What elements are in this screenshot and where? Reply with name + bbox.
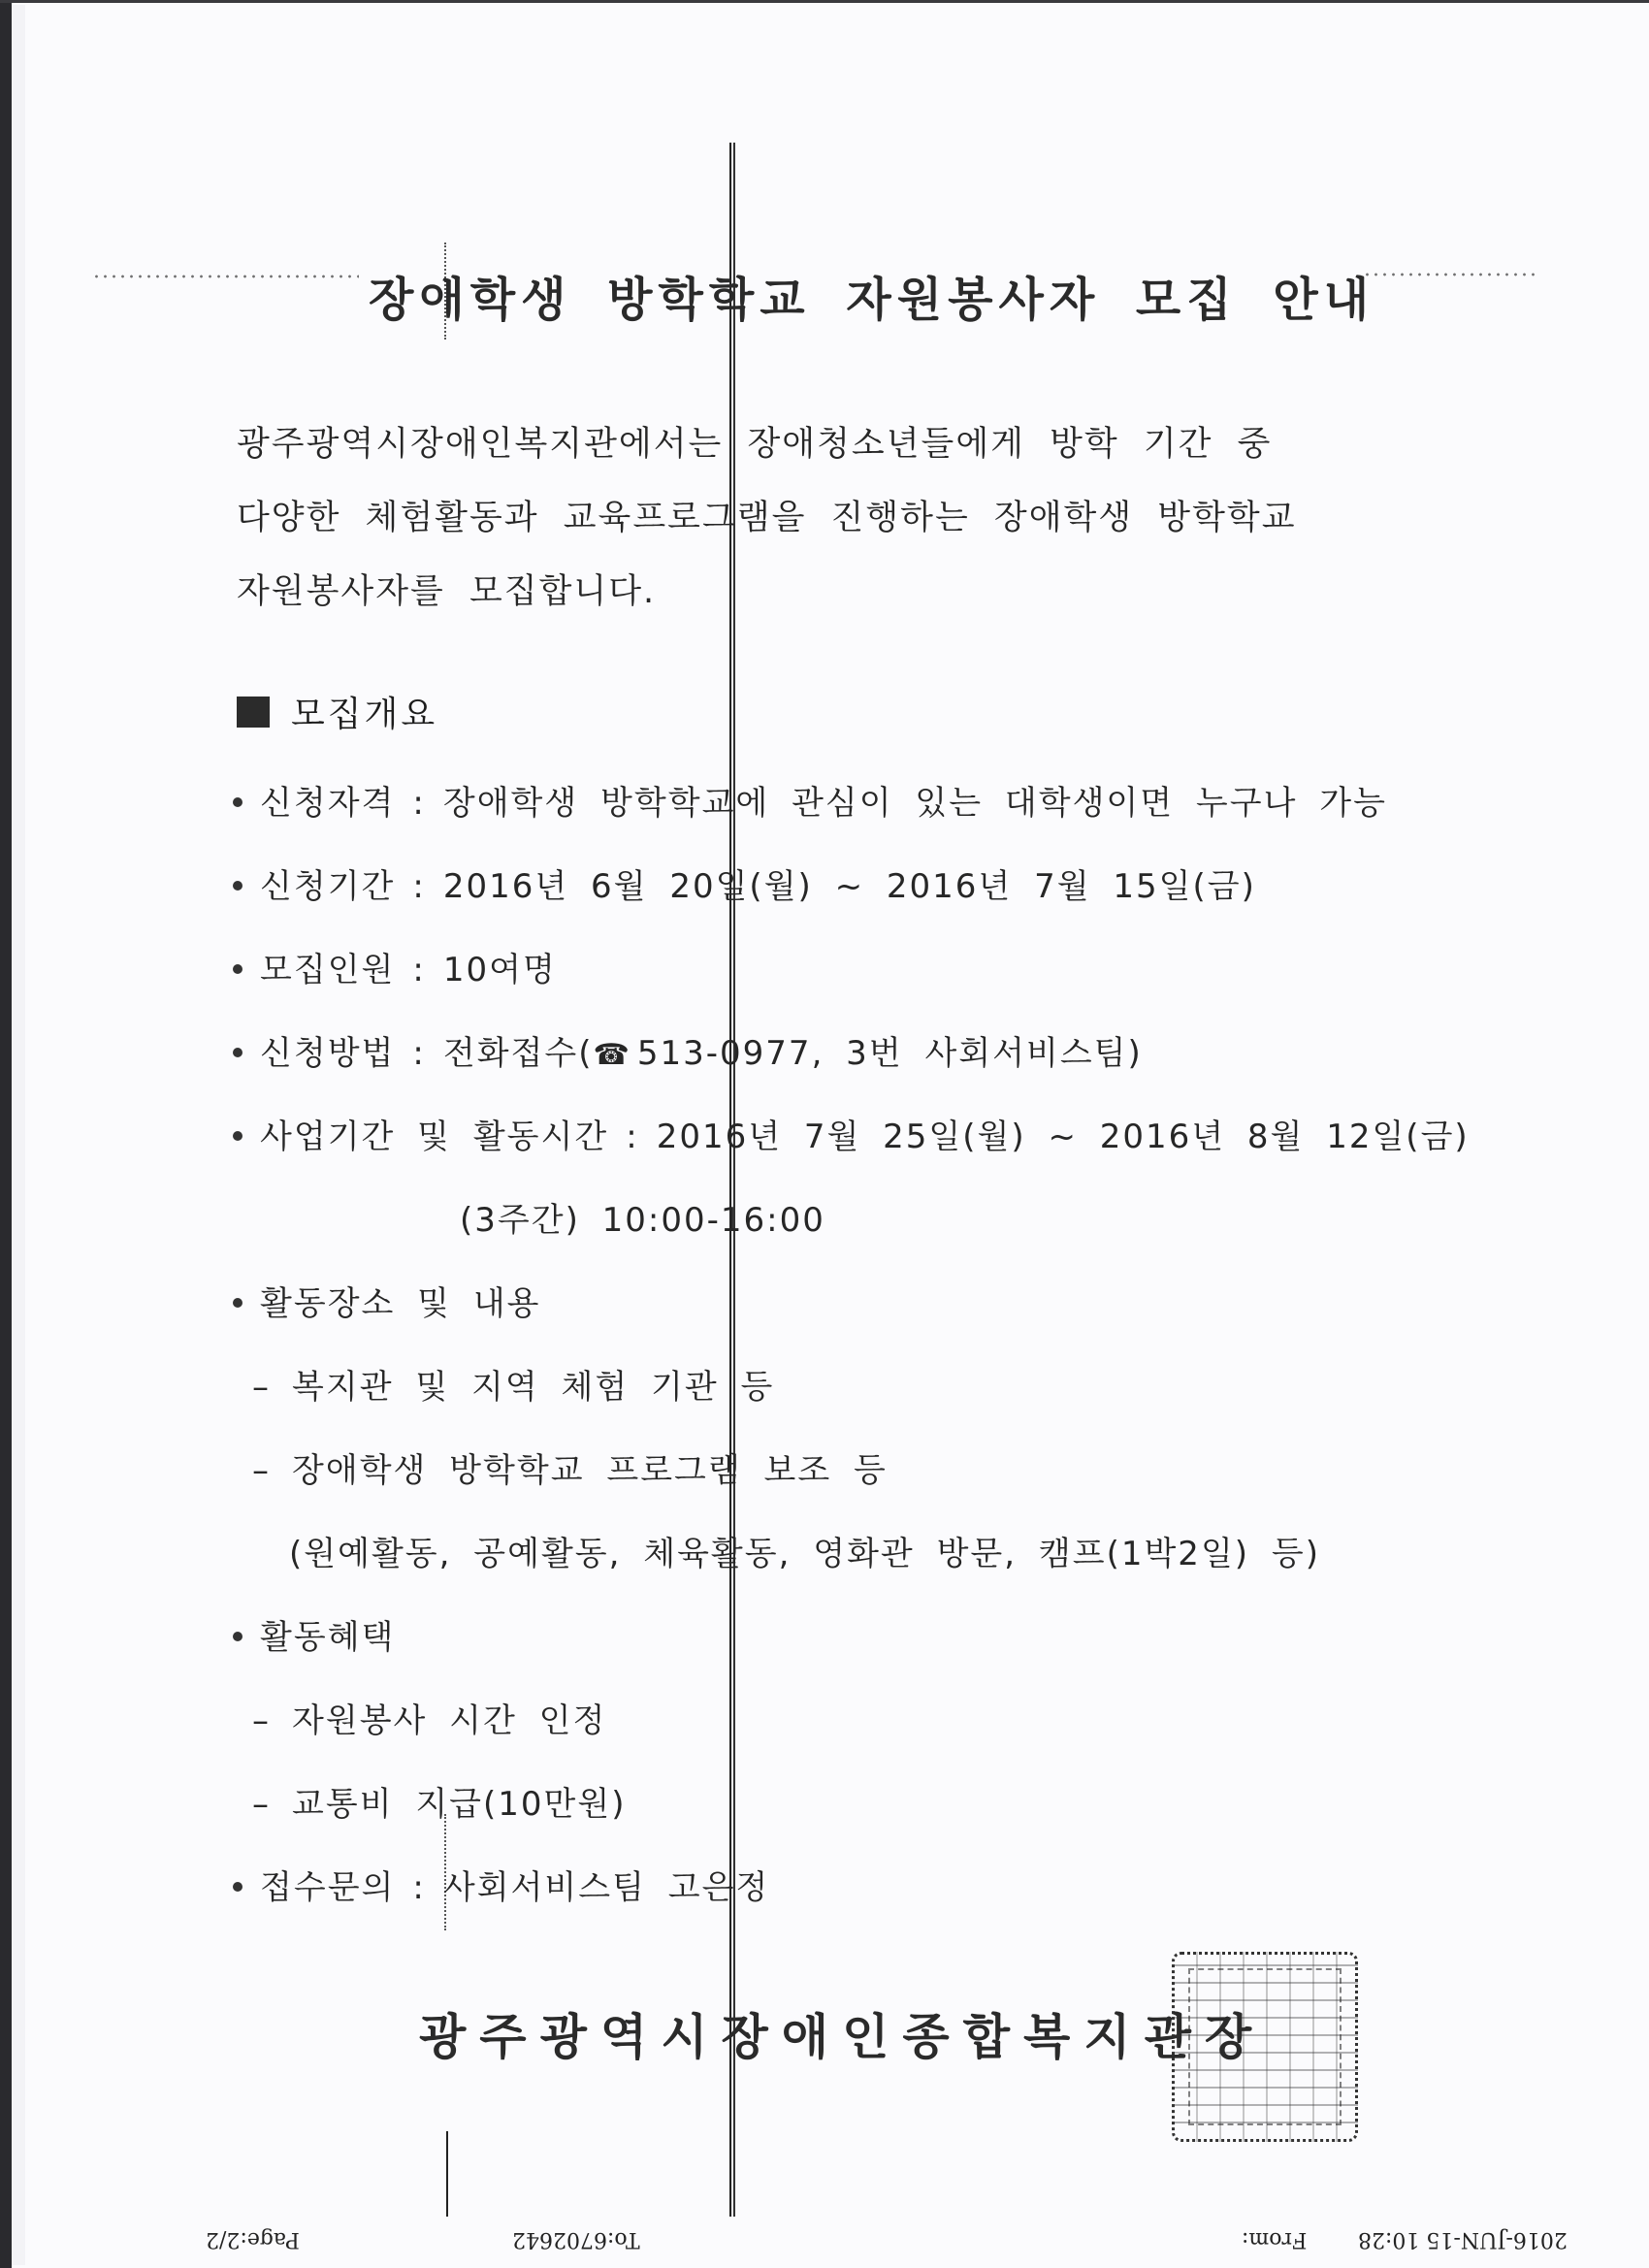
list-subitem: –자원봉사 시간 인정 — [252, 1694, 606, 1741]
scan-edge-top — [0, 0, 1649, 3]
item-value: 2016년 7월 25일(월) ~ 2016년 8월 12일(금) — [657, 1118, 1470, 1156]
document-title: 장애학생 방학학교 자원봉사자 모집 안내 — [369, 262, 1339, 329]
bullet-icon — [233, 964, 242, 974]
intro-line: 자원봉사자를 모집합니다. — [237, 555, 1478, 629]
item-value: (3주간) 10:00-16:00 — [460, 1201, 825, 1240]
list-item-program-period: 사업기간 및 활동시간:2016년 7월 25일(월) ~ 2016년 8월 1… — [233, 1110, 1470, 1157]
item-separator: : — [412, 951, 425, 989]
item-separator: : — [412, 784, 425, 823]
list-item-benefits: 활동혜택 — [233, 1610, 395, 1658]
item-value-prefix: 전화접수( — [443, 1034, 594, 1073]
subitem-value: 장애학생 방학학교 프로그램 보조 등 — [292, 1451, 888, 1490]
black-square-icon — [237, 697, 270, 728]
item-value: 장애학생 방학학교에 관심이 있는 대학생이면 누구나 가능 — [443, 784, 1387, 823]
bullet-icon — [233, 1298, 242, 1308]
item-separator: : — [412, 1034, 425, 1073]
fax-noise-left — [92, 274, 359, 279]
item-label: 활동장소 및 내용 — [260, 1284, 541, 1323]
dash-icon: – — [252, 1368, 271, 1407]
dash-icon: – — [252, 1451, 271, 1490]
list-item-application-period: 신청기간:2016년 6월 20일(월) ~ 2016년 7월 15일(금) — [233, 859, 1256, 907]
item-label: 모집인원 — [260, 951, 395, 989]
list-item-continuation: (3주간) 10:00-16:00 — [460, 1193, 825, 1241]
intro-line: 다양한 체험활동과 교육프로그램을 진행하는 장애학생 방학학교 — [237, 481, 1478, 555]
item-value: 사회서비스팀 고은정 — [443, 1868, 769, 1907]
intro-paragraph: 광주광역시장애인복지관에서는 장애청소년들에게 방학 기간 중 다양한 체험활동… — [237, 407, 1478, 629]
item-value: 2016년 6월 20일(월) ~ 2016년 7월 15일(금) — [443, 867, 1256, 906]
subitem-value: 자원봉사 시간 인정 — [292, 1701, 606, 1740]
phone-icon: ☎ — [594, 1038, 631, 1072]
list-item-contact: 접수문의:사회서비스팀 고은정 — [233, 1861, 769, 1908]
item-label: 접수문의 — [260, 1868, 395, 1907]
list-subitem-detail: (원예활동, 공예활동, 체육활동, 영화관 방문, 캠프(1박2일) 등) — [289, 1527, 1320, 1574]
item-separator: : — [626, 1118, 638, 1156]
section-heading: 모집개요 — [237, 687, 437, 736]
list-subitem: –장애학생 방학학교 프로그램 보조 등 — [252, 1443, 888, 1491]
subitem-value: 복지관 및 지역 체험 기관 등 — [292, 1368, 774, 1407]
list-item-headcount: 모집인원:10여명 — [233, 943, 557, 990]
list-subitem: –교통비 지급(10만원) — [252, 1777, 627, 1825]
bullet-icon — [233, 1632, 242, 1641]
intro-line: 광주광역시장애인복지관에서는 장애청소년들에게 방학 기간 중 — [237, 407, 1478, 481]
scan-edge-shadow — [12, 5, 25, 2265]
fax-page-number: Page:2/2 — [206, 2227, 300, 2252]
item-label: 신청자격 — [260, 784, 395, 823]
item-label: 활동혜택 — [260, 1618, 395, 1657]
bullet-icon — [233, 1048, 242, 1057]
bullet-icon — [233, 1882, 242, 1892]
fax-noise-right — [1363, 272, 1537, 277]
item-label: 신청기간 — [260, 867, 395, 906]
section-heading-text: 모집개요 — [291, 687, 437, 736]
fax-short-line-artifact — [446, 2131, 448, 2217]
dash-icon: – — [252, 1785, 271, 1824]
item-label: 사업기간 및 활동시간 — [260, 1118, 608, 1156]
fax-from-label: From: — [1242, 2227, 1307, 2252]
fax-datetime: 2016-JUN-15 10:28 — [1358, 2227, 1568, 2252]
subitem-value: 교통비 지급(10만원) — [292, 1785, 627, 1824]
item-value: 513-0977, 3번 사회서비스팀) — [637, 1034, 1143, 1073]
list-item-activity-place: 활동장소 및 내용 — [233, 1277, 541, 1324]
item-label: 신청방법 — [260, 1034, 395, 1073]
issuer-signature: 광주광역시장애인종합복지관장 — [419, 1998, 1265, 2068]
bullet-icon — [233, 881, 242, 891]
dash-icon: – — [252, 1701, 271, 1740]
list-item-application-method: 신청방법:전화접수(☎513-0977, 3번 사회서비스팀) — [233, 1026, 1143, 1074]
subitem-detail-value: (원예활동, 공예활동, 체육활동, 영화관 방문, 캠프(1박2일) 등) — [289, 1535, 1320, 1573]
bullet-icon — [233, 797, 242, 807]
list-item-eligibility: 신청자격:장애학생 방학학교에 관심이 있는 대학생이면 누구나 가능 — [233, 776, 1387, 824]
item-value: 10여명 — [443, 951, 557, 989]
fax-to-number: To:6702642 — [512, 2227, 640, 2252]
item-separator: : — [412, 867, 425, 906]
scan-edge-left — [0, 0, 12, 2268]
bullet-icon — [233, 1131, 242, 1141]
item-separator: : — [412, 1868, 425, 1907]
fax-header-upside-down: Page:2/2 To:6702642 From: 2016-JUN-15 10… — [0, 2221, 1649, 2260]
list-subitem: –복지관 및 지역 체험 기관 등 — [252, 1360, 774, 1408]
